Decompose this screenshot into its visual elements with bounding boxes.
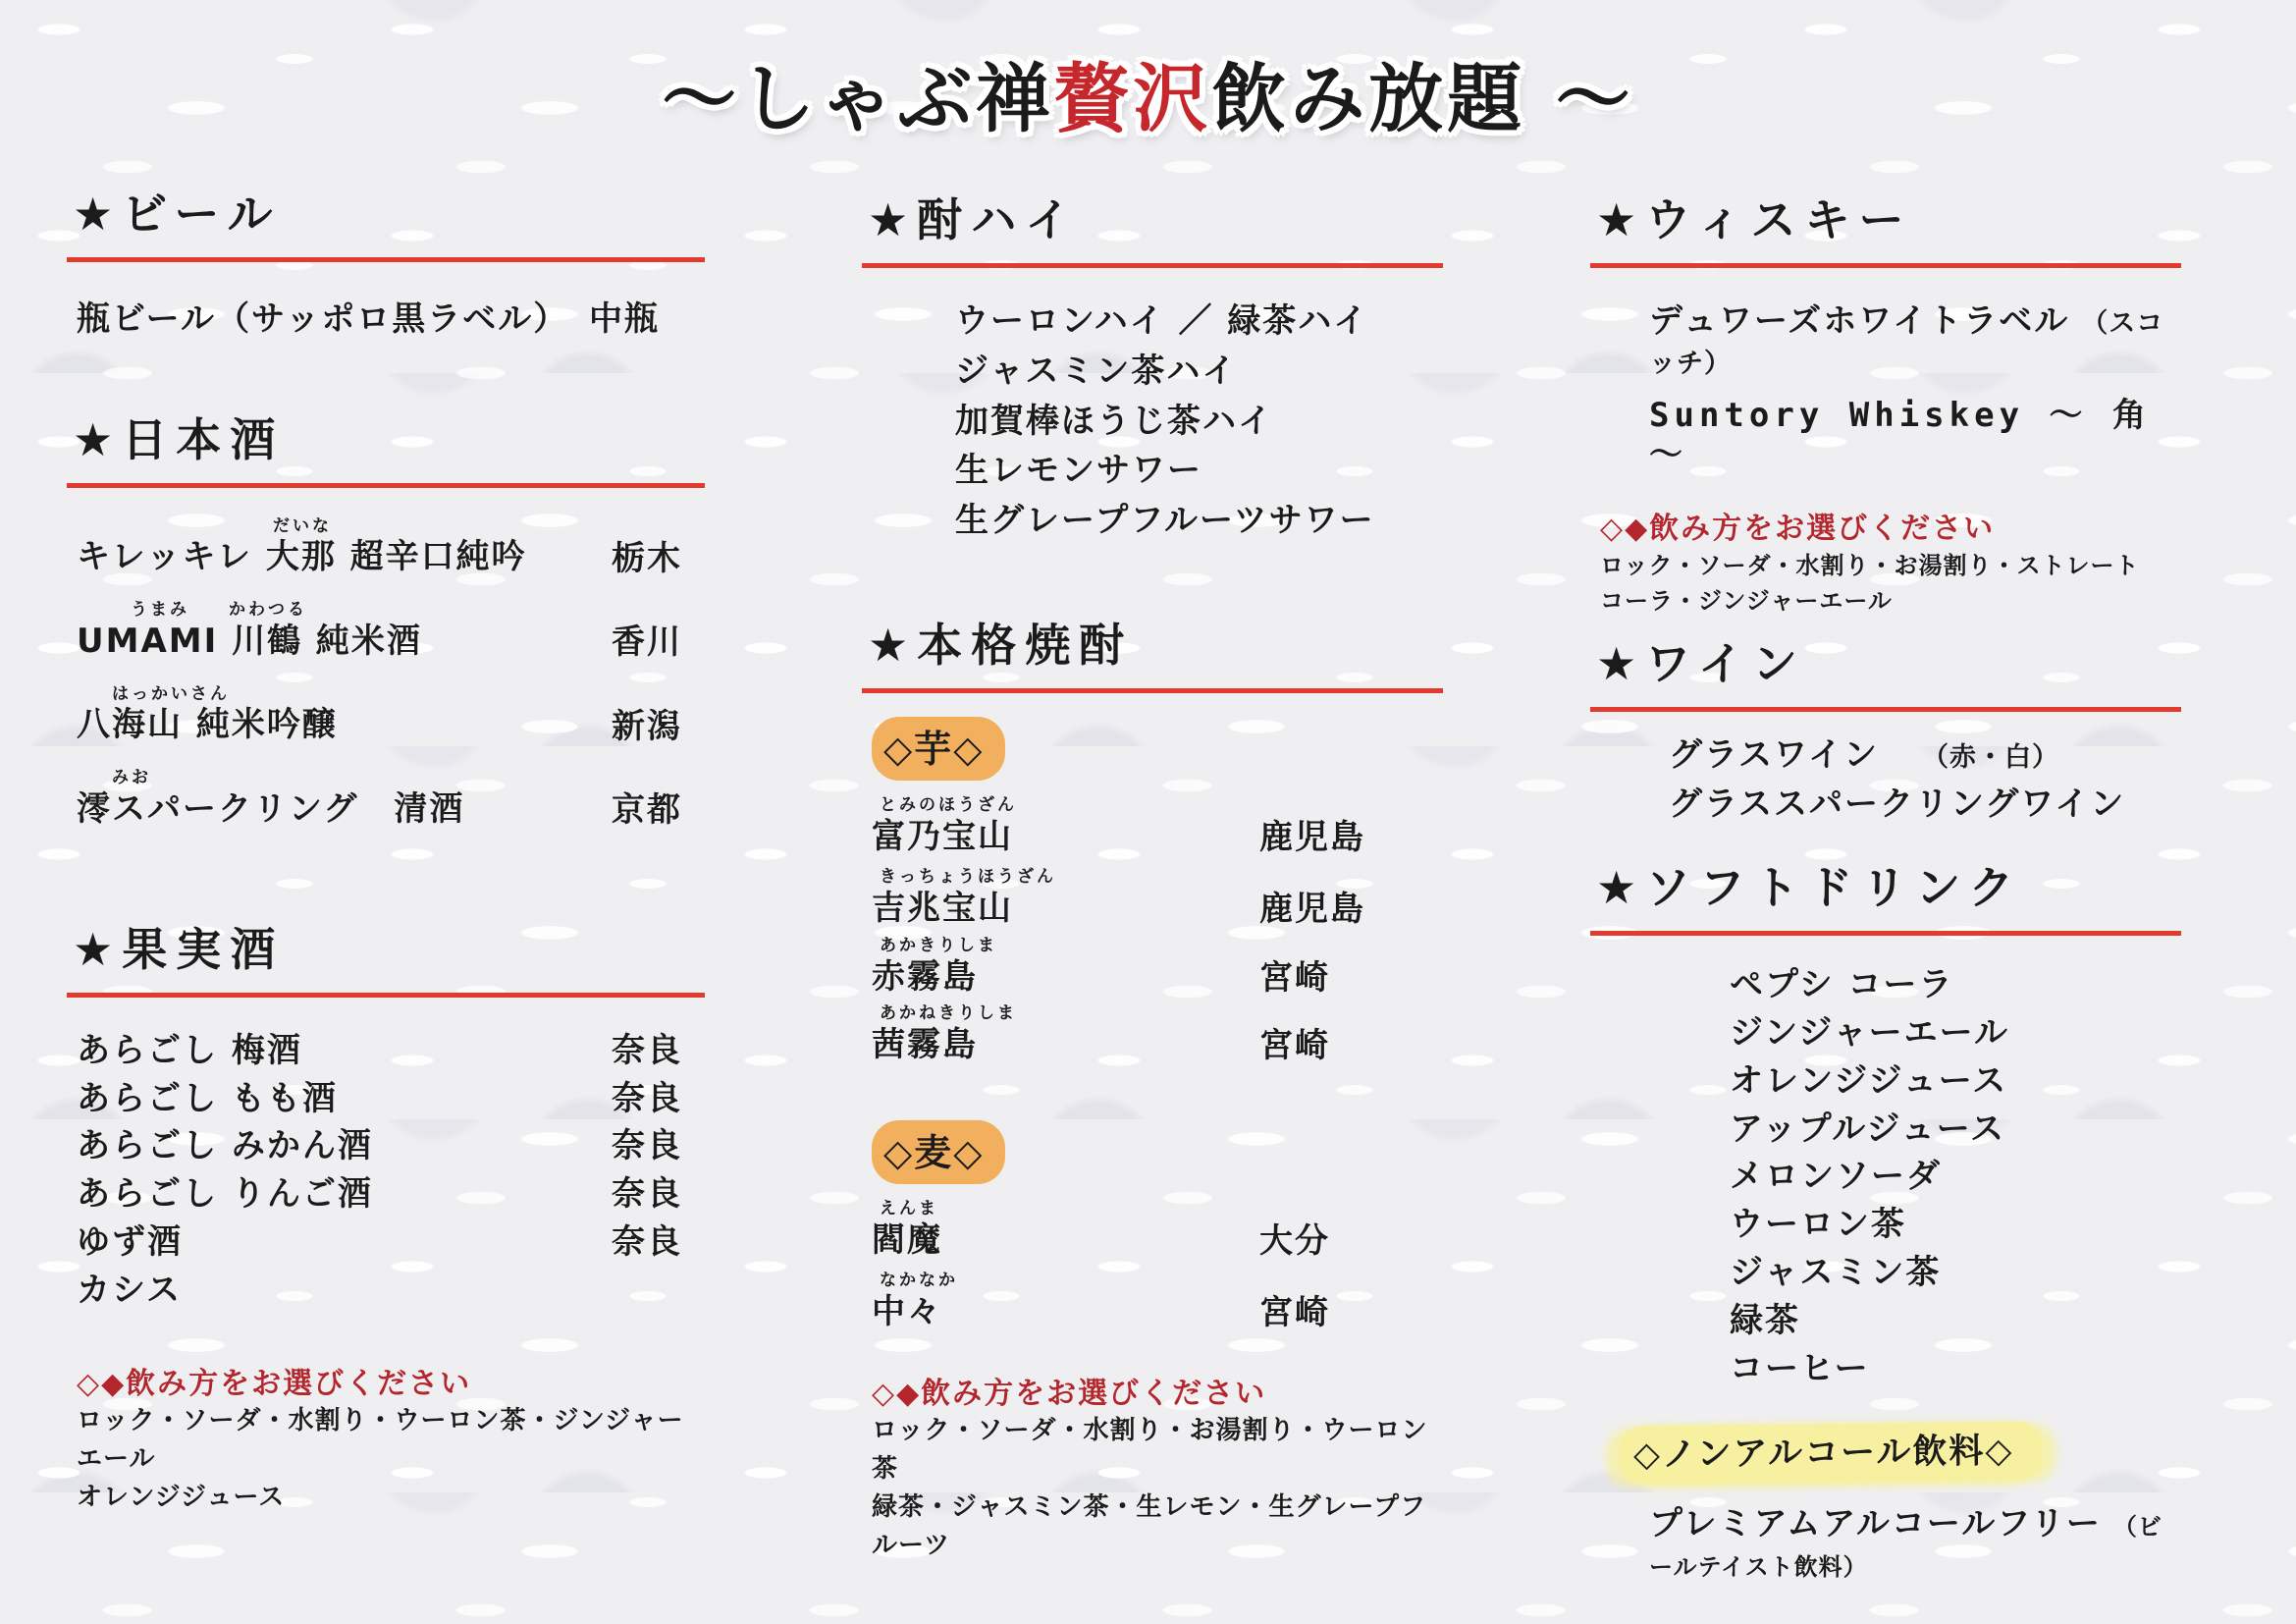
menu-item-name: キレッキレ 大那 超辛口純吟 — [77, 537, 527, 576]
drinking-style-note: ◇◆飲み方をお選びください ロック・ソーダ・水割り・お湯割り・ウーロン茶 緑茶・… — [862, 1376, 1443, 1566]
choose-options-line: 緑茶・ジャスミン茶・生レモン・生グレープフルーツ — [872, 1489, 1443, 1565]
origin-label: 大分 — [1259, 1221, 1330, 1262]
section-fruit-liquor: ★果実酒 あらごし 梅酒 奈良 あらごし もも酒 奈良 あらごし みかん酒 奈良… — [67, 914, 705, 1311]
size-label: 中瓶 — [589, 299, 660, 340]
menu-item: あらごし りんご酒 奈良 — [77, 1174, 705, 1215]
menu-item: ジンジャーエール — [1730, 1013, 2181, 1054]
whiskey-heading: ★ウィスキー — [1590, 185, 2181, 268]
origin-label: 奈良 — [612, 1079, 682, 1119]
chuhai-heading: ★酎ハイ — [862, 185, 1443, 268]
furigana: うまみ かわつる — [131, 601, 705, 620]
drinking-style-note: ◇◆飲み方をお選びください ロック・ソーダ・水割り・ウーロン茶・ジンジャーエール… — [67, 1366, 705, 1518]
menu-item: うまみ かわつる UMAMI 川鶴 純米酒 香川 — [77, 601, 705, 661]
section-sake: ★日本酒 だいな キレッキレ 大那 超辛口純吟 栃木 うまみ かわつる UMAM… — [67, 405, 705, 830]
page-title-pre: 〜しゃぶ禅 — [662, 55, 1054, 142]
furigana: きっちょうほうざん — [880, 868, 1443, 887]
origin-label: 奈良 — [612, 1222, 682, 1263]
beer-heading: ★ビール — [67, 179, 705, 262]
menu-item: 瓶ビール（サッポロ黒ラベル） 中瓶 — [77, 299, 705, 340]
menu-item: とみのほうざん 富乃宝山 鹿児島 — [872, 796, 1443, 856]
menu-item: Suntory Whiskey 〜 角 〜 — [1649, 396, 2181, 476]
choose-options-line: コーラ・ジンジャーエール — [1600, 583, 2181, 619]
section-wine: ★ワイン グラスワイン（赤・白） グラススパークリングワイン — [1590, 628, 2181, 826]
menu-item: コーヒー — [1730, 1349, 2181, 1389]
furigana: だいな — [273, 517, 705, 536]
furigana: みお — [112, 769, 705, 787]
menu-page: 〜しゃぶ禅贅沢飲み放題 〜 ★ビール 瓶ビール（サッポロ黒ラベル） 中瓶 ★日本… — [0, 0, 2296, 1624]
non-alcohol-badge: ◇ノンアルコール飲料◇ — [1620, 1422, 2044, 1486]
menu-item-name: 赤霧島 — [872, 957, 978, 997]
menu-item: ジャスミン茶 — [1730, 1253, 2181, 1293]
origin-label: 奈良 — [612, 1174, 682, 1215]
menu-item: 緑茶 — [1730, 1301, 2181, 1341]
menu-item-name: 澪スパークリング 清酒 — [77, 789, 464, 829]
origin-label: 香川 — [612, 623, 682, 663]
menu-item-name: 閻魔 — [872, 1220, 942, 1260]
mugi-badge: ◇麦◇ — [872, 1120, 1005, 1184]
menu-item: みお 澪スパークリング 清酒 京都 — [77, 769, 705, 829]
fruit-liquor-heading: ★果実酒 — [67, 914, 705, 998]
menu-item-name: グラスワイン — [1669, 735, 1879, 775]
furigana: はっかいさん — [112, 685, 705, 704]
menu-item: ゆず酒 奈良 — [77, 1222, 705, 1263]
origin-label: 宮崎 — [1259, 1293, 1330, 1333]
origin-label: 新潟 — [612, 707, 682, 747]
menu-item-name: あらごし りんご酒 — [77, 1174, 373, 1214]
menu-item: グラススパークリングワイン — [1669, 785, 2181, 825]
menu-item: メロンソーダ — [1730, 1157, 2181, 1197]
menu-item-name: 吉兆宝山 — [872, 889, 1013, 928]
menu-item: きっちょうほうざん 吉兆宝山 鹿児島 — [872, 868, 1443, 928]
menu-item-name: 茜霧島 — [872, 1025, 978, 1064]
section-soft-drink: ★ソフトドリンク ペプシ コーラ ジンジャーエール オレンジジュース アップルジ… — [1590, 852, 2181, 1388]
menu-item-name: ゆず酒 — [77, 1222, 183, 1262]
furigana: あかきりしま — [880, 937, 1443, 955]
imo-badge: ◇芋◇ — [872, 717, 1005, 781]
menu-item: ウーロンハイ ／ 緑茶ハイ — [955, 301, 1443, 342]
column-right: ★ウィスキー デュワーズホワイトラベル（スコッチ） Suntory Whiske… — [1590, 185, 2181, 1585]
origin-label: 鹿児島 — [1259, 818, 1365, 858]
choose-options-line: ロック・ソーダ・水割り・お湯割り・ウーロン茶 — [872, 1412, 1443, 1489]
menu-item: はっかいさん 八海山 純米吟醸 新潟 — [77, 685, 705, 745]
menu-item: あらごし みかん酒 奈良 — [77, 1126, 705, 1166]
menu-item-name: 瓶ビール（サッポロ黒ラベル） — [77, 299, 568, 339]
menu-item: あらごし 梅酒 奈良 — [77, 1031, 705, 1071]
menu-item: 加賀棒ほうじ茶ハイ — [955, 402, 1443, 442]
origin-label: 奈良 — [612, 1031, 682, 1071]
menu-item: カシス — [77, 1271, 705, 1311]
soft-drink-heading: ★ソフトドリンク — [1590, 852, 2181, 936]
furigana: あかねきりしま — [880, 1004, 1443, 1023]
shochu-heading: ★本格焼酎 — [862, 610, 1443, 693]
menu-item: だいな キレッキレ 大那 超辛口純吟 栃木 — [77, 517, 705, 577]
origin-label: 鹿児島 — [1259, 890, 1365, 930]
choose-options-line: ロック・ソーダ・水割り・ウーロン茶・ジンジャーエール — [77, 1402, 705, 1479]
furigana: とみのほうざん — [880, 796, 1443, 815]
menu-item: なかなか 中々 宮崎 — [872, 1272, 1443, 1331]
menu-item-name: 富乃宝山 — [872, 817, 1013, 856]
choose-options-line: オレンジジュース — [77, 1479, 705, 1517]
menu-item: プレミアムアルコールフリー（ビールテイスト飲料） — [1649, 1504, 2181, 1585]
menu-item: ウーロン茶 — [1730, 1205, 2181, 1245]
page-title-post: 飲み放題 〜 — [1211, 55, 1633, 142]
menu-item-name: カシス — [77, 1271, 182, 1310]
furigana: えんま — [880, 1200, 1443, 1218]
menu-item-name: UMAMI 川鶴 純米酒 — [77, 622, 422, 661]
page-title-accent: 贅沢 — [1054, 55, 1211, 142]
menu-item: 生グレープフルーツサワー — [955, 501, 1443, 541]
menu-item-note: （赤・白） — [1922, 742, 2059, 773]
origin-label: 奈良 — [612, 1126, 682, 1166]
column-middle: ★酎ハイ ウーロンハイ ／ 緑茶ハイ ジャスミン茶ハイ 加賀棒ほうじ茶ハイ 生レ… — [862, 185, 1443, 1565]
menu-item: アップルジュース — [1730, 1110, 2181, 1150]
menu-item: オレンジジュース — [1730, 1061, 2181, 1102]
menu-item: えんま 閻魔 大分 — [872, 1200, 1443, 1260]
wine-heading: ★ワイン — [1590, 628, 2181, 712]
section-whiskey: ★ウィスキー デュワーズホワイトラベル（スコッチ） Suntory Whiske… — [1590, 185, 2181, 619]
choose-label: ◇◆飲み方をお選びください — [77, 1366, 705, 1403]
section-non-alcohol: ◇ノンアルコール飲料◇ プレミアムアルコールフリー（ビールテイスト飲料） — [1590, 1424, 2181, 1585]
menu-item: 生レモンサワー — [955, 451, 1443, 491]
drinking-style-note: ◇◆飲み方をお選びください ロック・ソーダ・水割り・お湯割り・ストレート コーラ… — [1590, 511, 2181, 619]
section-beer: ★ビール 瓶ビール（サッポロ黒ラベル） 中瓶 — [67, 179, 705, 340]
menu-item-name: デュワーズホワイトラベル — [1649, 301, 2069, 341]
column-left: ★ビール 瓶ビール（サッポロ黒ラベル） 中瓶 ★日本酒 だいな キレッキレ 大那… — [67, 179, 705, 1517]
furigana: なかなか — [880, 1272, 1443, 1290]
menu-item: グラスワイン（赤・白） — [1669, 735, 2181, 776]
origin-label: 宮崎 — [1259, 958, 1330, 999]
origin-label: 栃木 — [612, 539, 682, 579]
origin-label: 京都 — [612, 790, 682, 831]
choose-label: ◇◆飲み方をお選びください — [872, 1376, 1443, 1413]
menu-item-name: あらごし 梅酒 — [77, 1031, 302, 1070]
choose-label: ◇◆飲み方をお選びください — [1600, 511, 2181, 548]
section-chuhai: ★酎ハイ ウーロンハイ ／ 緑茶ハイ ジャスミン茶ハイ 加賀棒ほうじ茶ハイ 生レ… — [862, 185, 1443, 541]
menu-item-name: 八海山 純米吟醸 — [77, 705, 338, 744]
menu-item: ペプシ コーラ — [1730, 965, 2181, 1005]
menu-item: ジャスミン茶ハイ — [955, 352, 1443, 392]
menu-item-name: プレミアムアルコールフリー — [1649, 1504, 2102, 1543]
origin-label: 宮崎 — [1259, 1026, 1330, 1066]
page-title: 〜しゃぶ禅贅沢飲み放題 〜 — [0, 39, 2296, 146]
menu-item: あらごし もも酒 奈良 — [77, 1079, 705, 1119]
menu-item: デュワーズホワイトラベル（スコッチ） — [1649, 301, 2181, 382]
sake-heading: ★日本酒 — [67, 405, 705, 488]
menu-item: あかねきりしま 茜霧島 宮崎 — [872, 1004, 1443, 1064]
menu-item: あかきりしま 赤霧島 宮崎 — [872, 937, 1443, 997]
menu-item-name: 中々 — [872, 1292, 942, 1331]
menu-item-name: あらごし みかん酒 — [77, 1126, 373, 1165]
menu-item-name: あらごし もも酒 — [77, 1079, 338, 1118]
section-shochu: ★本格焼酎 ◇芋◇ とみのほうざん 富乃宝山 鹿児島 きっちょうほうざん 吉兆宝… — [862, 610, 1443, 1332]
choose-options-line: ロック・ソーダ・水割り・お湯割り・ストレート — [1600, 548, 2181, 583]
